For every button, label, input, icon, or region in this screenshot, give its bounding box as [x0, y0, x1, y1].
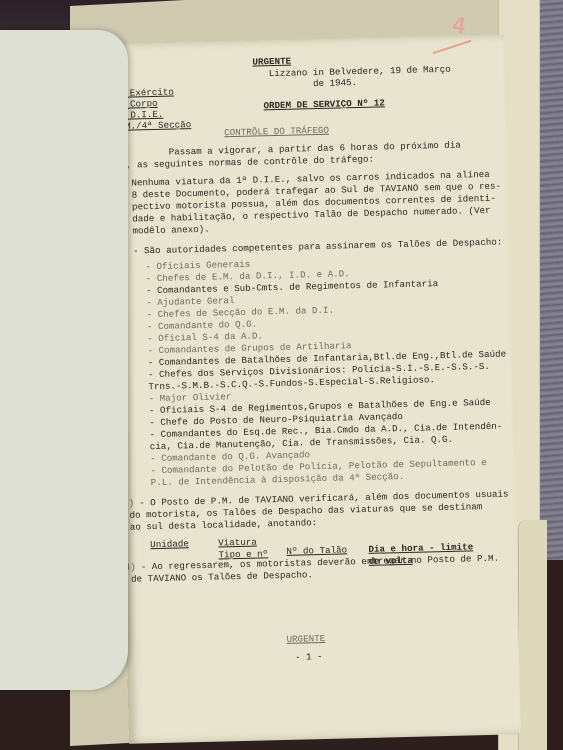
item1-line: modêlo anexo). — [132, 224, 209, 238]
section-title: CONTRÔLE DO TRÁFEGO — [224, 125, 329, 140]
order-title: ORDEM DE SERVIÇO Nº 12 — [263, 97, 385, 112]
classification-top: URGENTE — [252, 56, 291, 69]
intro-line2: 22, as seguintes normas de contrôle do t… — [115, 154, 374, 172]
place-date-line2: de 1945. — [313, 77, 357, 90]
page-number: - 1 - — [295, 651, 323, 664]
folder-tab — [518, 520, 547, 750]
column-unidade: Unidade — [150, 538, 189, 551]
document-page: URGENTE Lizzano in Belvedere, 19 de Març… — [112, 34, 521, 743]
left-page-curl — [0, 30, 128, 690]
place-date-line1: Lizzano in Belvedere, 19 de Março — [269, 64, 451, 80]
item2-intro: - São autoridades competentes para assin… — [133, 237, 503, 258]
classification-bottom: URGENTE — [286, 633, 325, 646]
